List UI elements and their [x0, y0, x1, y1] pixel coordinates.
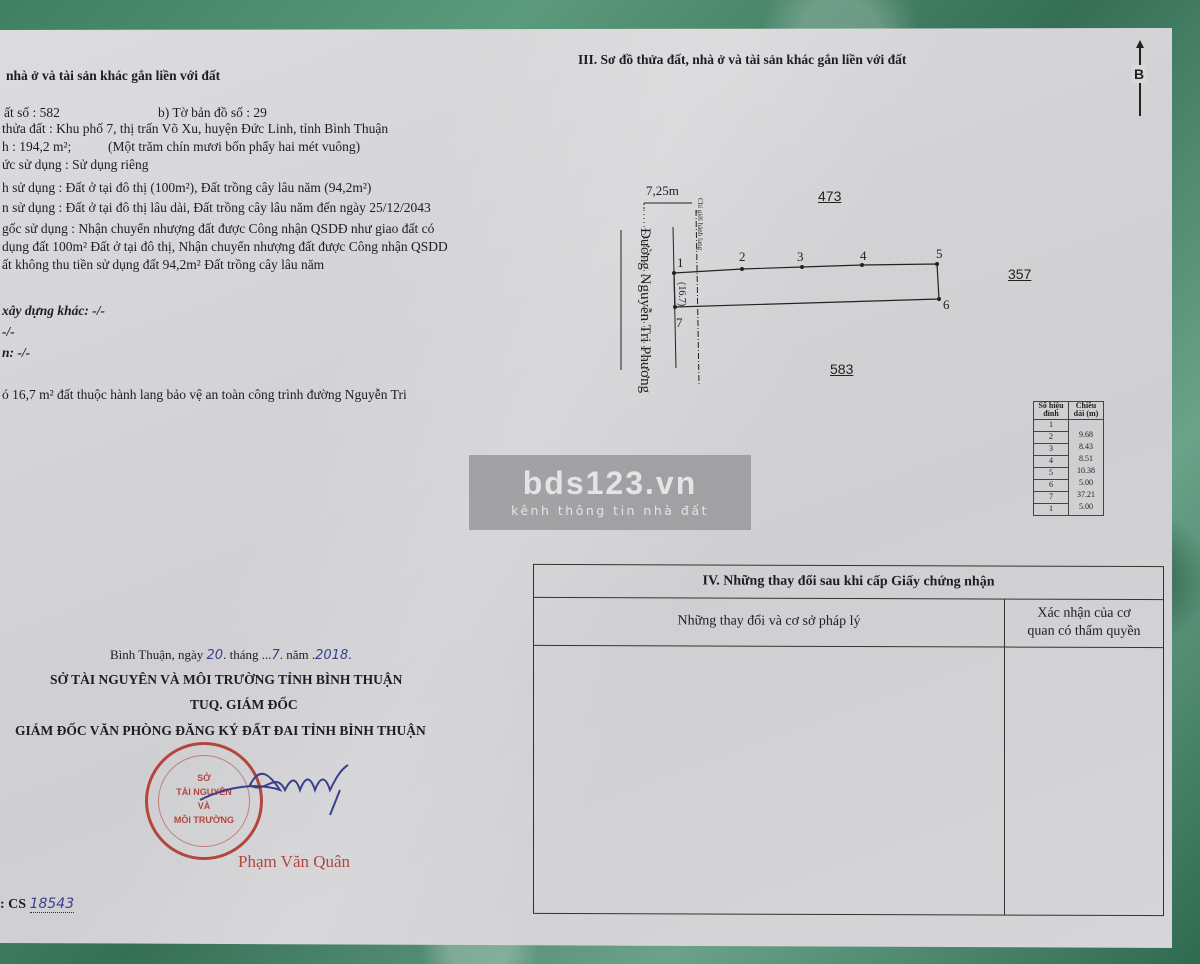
edge-length: 5.00: [1069, 503, 1104, 515]
place-date: Bình Thuận, ngày 20. tháng ...7. năm .20…: [110, 648, 351, 662]
corridor-label: Chỉ giới hành lang: [696, 198, 704, 250]
confirmation-column-header: Xác nhận của cơ quan có thẩm quyền: [1005, 599, 1163, 649]
vertex-label: 2: [739, 249, 746, 265]
map-sheet-number: b) Tờ bản đồ số : 29: [158, 106, 267, 120]
other-construction: xây dựng khác: -/-: [2, 304, 105, 318]
changes-cell: [534, 646, 1005, 915]
signer-position: GIÁM ĐỐC VĂN PHÒNG ĐĂNG KÝ ĐẤT ĐAI TỈNH …: [15, 724, 426, 738]
vertex-id: 4: [1034, 455, 1069, 467]
header-vertex-id: Số hiệu đỉnh: [1034, 402, 1069, 420]
vertex-label: 5: [936, 246, 943, 262]
watermark: bds123.vn kênh thông tin nhà đất: [469, 455, 751, 530]
usage-form: ức sử dụng : Sử dụng riêng: [2, 158, 148, 172]
handwritten-signature: [190, 755, 370, 825]
vertex-label: 3: [797, 249, 804, 265]
usage-purpose: h sử dụng : Đất ở tại đô thị (100m²), Đấ…: [2, 181, 371, 195]
neighbor-parcel-north: 473: [818, 188, 841, 204]
on-behalf-of: TUQ. GIÁM ĐỐC: [190, 698, 298, 712]
north-label: B: [1132, 65, 1146, 83]
vertex-id: 2: [1034, 431, 1069, 443]
width-dimension: 7,25m: [646, 184, 679, 197]
vertex-id: 3: [1034, 443, 1069, 455]
blank-field-1: -/-: [2, 325, 15, 339]
watermark-brand: bds123.vn: [469, 465, 751, 502]
handwritten-year: 2018: [315, 648, 348, 663]
vertex-label: 1: [677, 255, 684, 271]
parcel-diagram: [600, 170, 1050, 410]
handwritten-day: 20: [207, 648, 224, 663]
corridor-note: ó 16,7 m² đất thuộc hành lang bảo vệ an …: [2, 388, 407, 402]
section3-title: III. Sơ đồ thửa đất, nhà ở và tài sản kh…: [578, 53, 906, 67]
signer-name: Phạm Văn Quân: [238, 852, 350, 872]
vertex-label: 6: [943, 297, 950, 313]
road-name: Đường Nguyễn Tri Phương: [636, 228, 653, 393]
header-length: Chiều dài (m): [1069, 402, 1104, 420]
registry-number: : CS 18543: [0, 897, 74, 912]
vertex-id: 1: [1034, 503, 1069, 515]
vertex-label: 7: [676, 315, 683, 331]
parcel-number: ất số : 582: [4, 106, 60, 120]
changes-column-header: Những thay đổi và cơ sở pháp lý: [534, 597, 1005, 648]
usage-term: n sử dụng : Đất ở tại đô thị lâu dài, Đấ…: [2, 201, 431, 215]
usage-origin-line-1: gốc sử dụng : Nhận chuyển nhượng đất đượ…: [2, 222, 434, 236]
blank-field-2: n: -/-: [2, 346, 30, 360]
parcel-area-words: (Một trăm chín mươi bốn phẩy hai mét vuô…: [108, 140, 360, 154]
parcel-outline: [600, 170, 1050, 410]
handwritten-month: 7: [271, 648, 279, 663]
parcel-address: thửa đất : Khu phố 7, thị trấn Võ Xu, hu…: [2, 122, 388, 136]
handwritten-registry-number: 18543: [30, 896, 75, 913]
confirmation-cell: [1005, 648, 1163, 916]
vertex-id: 5: [1034, 467, 1069, 479]
section4-title: IV. Những thay đổi sau khi cấp Giấy chứn…: [534, 565, 1163, 600]
watermark-tagline: kênh thông tin nhà đất: [469, 503, 751, 518]
usage-origin-line-3: ất không thu tiền sử dụng đất 94,2m² Đất…: [2, 258, 324, 272]
edge-length-table: Số hiệu đỉnh Chiều dài (m) 1 29.68 38.43…: [1033, 401, 1104, 516]
changes-table: IV. Những thay đổi sau khi cấp Giấy chứn…: [533, 564, 1164, 916]
vertex-id: 6: [1034, 479, 1069, 491]
vertex-label: 4: [860, 248, 867, 264]
vertex-id: 7: [1034, 491, 1069, 503]
neighbor-parcel-south: 583: [830, 361, 853, 377]
corridor-area: (16.7): [676, 282, 687, 306]
north-arrow: B: [1136, 40, 1144, 116]
section2-title-fragment: nhà ở và tài sản khác gắn liền với đất: [6, 69, 220, 83]
vertex-id: 1: [1034, 419, 1069, 431]
neighbor-parcel-east: 357: [1008, 266, 1031, 282]
usage-origin-line-2: dụng đất 100m² Đất ở tại đô thị, Nhận ch…: [2, 240, 448, 254]
issuing-organization: SỞ TÀI NGUYÊN VÀ MÔI TRƯỜNG TỈNH BÌNH TH…: [50, 673, 402, 687]
parcel-area: h : 194,2 m²;: [2, 140, 71, 154]
